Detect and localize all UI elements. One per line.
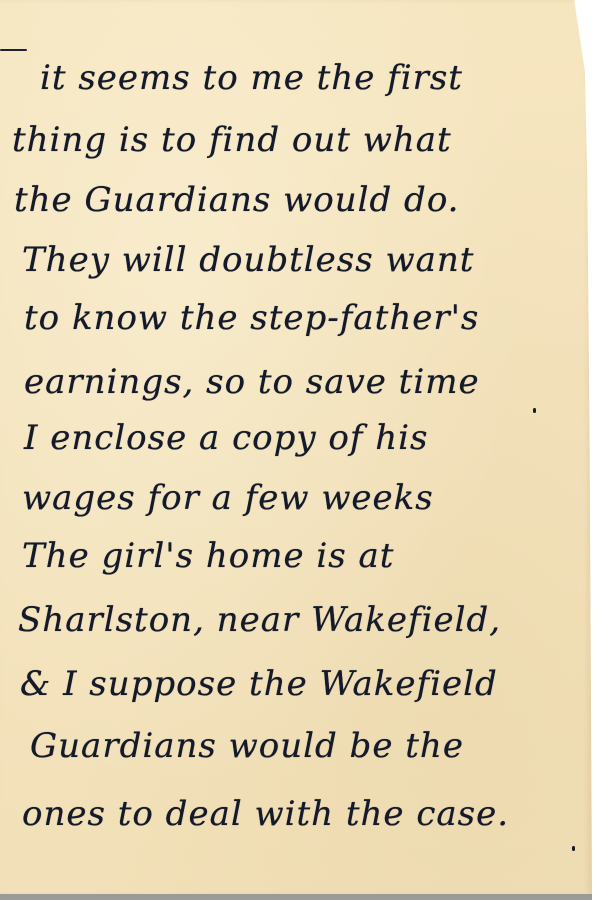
text-line-6: earnings, so to save time — [24, 362, 480, 402]
text-line-2: thing is to find out what — [12, 120, 452, 160]
text-line-5: to know the step-father's — [24, 298, 479, 338]
text-line-13: ones to deal with the case. — [22, 794, 509, 834]
ink-speck — [533, 408, 536, 413]
text-line-9: The girl's home is at — [22, 536, 394, 576]
handwritten-text: it seems to me the first thing is to fin… — [0, 0, 600, 900]
text-line-11: & I suppose the Wakefield — [20, 664, 498, 704]
text-line-7: I enclose a copy of his — [24, 418, 428, 458]
text-line-4: They will doubtless want — [22, 240, 474, 280]
text-line-12: Guardians would be the — [30, 726, 464, 766]
text-line-8: wages for a few weeks — [22, 478, 434, 518]
text-line-3: the Guardians would do. — [14, 180, 460, 220]
ink-speck — [572, 846, 575, 851]
text-line-1: it seems to me the first — [40, 58, 463, 98]
text-line-10: Sharlston, near Wakefield, — [18, 600, 501, 640]
